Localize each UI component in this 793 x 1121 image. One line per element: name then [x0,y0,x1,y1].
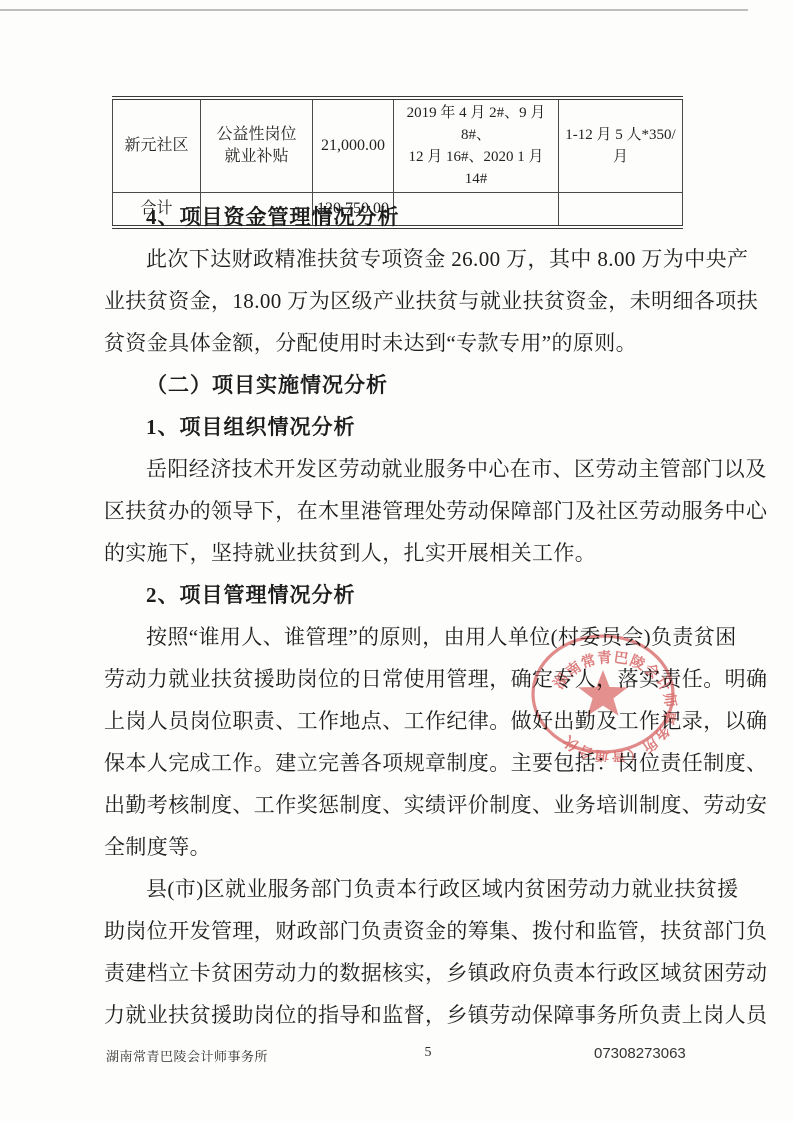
text-line: 的实施下，坚持就业扶贫到人，扎实开展相关工作。 [104,532,705,574]
page-footer: 湖南常青巴陵会计师事务所 5 07308273063 [0,1042,793,1066]
text-line: 保本人完成工作。建立完善各项规章制度。主要包括：岗位责任制度、 [104,742,705,784]
section-heading: （二）项目实施情况分析 [104,364,705,406]
text-line: 劳动力就业扶贫援助岗位的日常使用管理，确定专人，落实责任。明确 [104,658,705,700]
table-cell-dates: 2019 年 4 月 2#、9 月 8#、 12 月 16#、2020 1 月 … [394,98,559,193]
text-line: 上岗人员岗位职责、工作地点、工作纪律。做好出勤及工作记录，以确 [104,700,705,742]
footer-page-number: 5 [418,1045,438,1061]
text-line: 岳阳经济技术开发区劳动就业服务中心在市、区劳动主管部门以及 [104,448,705,490]
text-line: 此次下达财政精准扶贫专项资金 26.00 万，其中 8.00 万为中央产 [104,238,705,280]
section-heading: 2、项目管理情况分析 [104,574,705,616]
table-cell-note: 1-12 月 5 人*350/月 [559,98,683,193]
text-line: 按照“谁用人、谁管理”的原则，由用人单位(村委员会)负责贫困 [104,616,705,658]
text-line: 出勤考核制度、工作奖惩制度、实绩评价制度、业务培训制度、劳动安 [104,784,705,826]
scanned-document-page: 新元社区 公益性岗位 就业补贴 21,000.00 2019 年 4 月 2#、… [0,0,793,1121]
table-cell-community: 新元社区 [113,98,201,193]
scan-artifact-line [0,9,748,11]
section-heading: 1、项目组织情况分析 [104,406,705,448]
footer-firm-name: 湖南常青巴陵会计师事务所 [106,1046,268,1065]
table-row: 新元社区 公益性岗位 就业补贴 21,000.00 2019 年 4 月 2#、… [113,98,683,193]
text-line: 责建档立卡贫困劳动力的数据核实，乡镇政府负责本行政区域贫困劳动 [104,952,705,994]
text-line: 业扶贫资金，18.00 万为区级产业扶贫与就业扶贫资金，未明细各项扶 [104,280,705,322]
table-cell-amount: 21,000.00 [313,98,394,193]
text-line: 县(市)区就业服务部门负责本行政区域内贫困劳动力就业扶贫援 [104,868,705,910]
text-line: 区扶贫办的领导下，在木里港管理处劳动保障部门及社区劳动服务中心 [104,490,705,532]
footer-phone-number: 07308273063 [594,1045,686,1062]
text-line: 力就业扶贫援助岗位的指导和监督，乡镇劳动保障事务所负责上岗人员 [104,994,705,1036]
section-heading: 4、项目资金管理情况分析 [104,196,705,238]
table-cell-subsidy-type: 公益性岗位 就业补贴 [201,98,313,193]
document-body: 4、项目资金管理情况分析 此次下达财政精准扶贫专项资金 26.00 万，其中 8… [104,196,705,1036]
text-line: 助岗位开发管理，财政部门负责资金的筹集、拨付和监管，扶贫部门负 [104,910,705,952]
text-line: 贫资金具体金额，分配使用时未达到“专款专用”的原则。 [104,322,705,364]
text-line: 全制度等。 [104,826,705,868]
